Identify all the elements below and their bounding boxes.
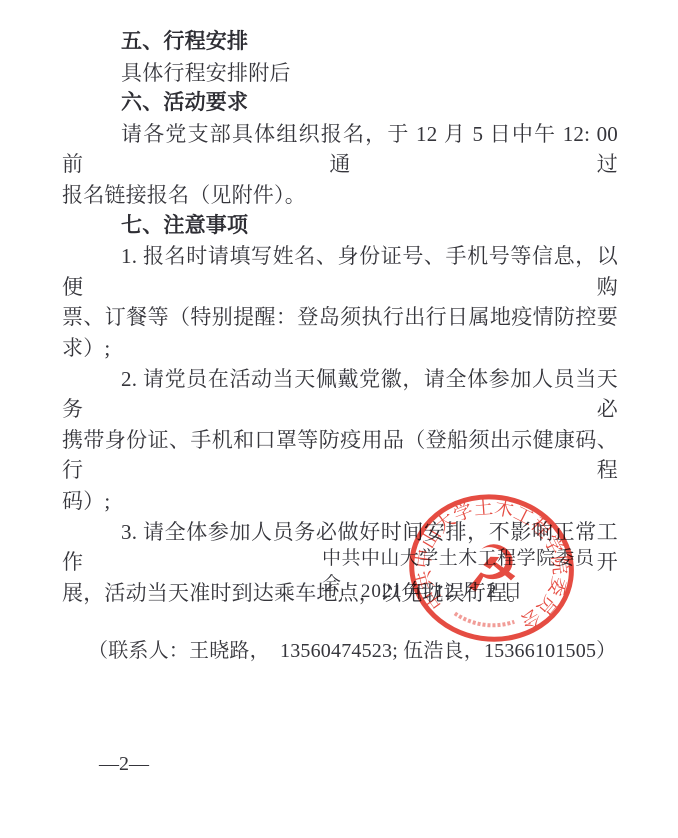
doc-line: 携带身份证、手机和口罩等防疫用品（登船须出示健康码、行程 (62, 425, 618, 486)
doc-line: 求）; (62, 333, 618, 364)
doc-line: 票、订餐等（特别提醒：登岛须执行出行日属地疫情防控要 (62, 302, 618, 333)
contact-line: （联系人：王晓路， 13560474523; 伍浩良，15366101505） (88, 637, 616, 665)
page-number: —2— (99, 751, 149, 777)
doc-line: 请各党支部具体组织报名，于 12 月 5 日中午 12: 00 前通过 (62, 119, 618, 180)
doc-line: 报名链接报名（见附件）。 (62, 180, 618, 211)
doc-line: 2. 请党员在活动当天佩戴党徽，请全体参加人员当天务必 (62, 364, 618, 425)
section-heading-7: 七、注意事项 (62, 211, 618, 242)
document-page: 五、行程安排 具体行程安排附后 六、活动要求 请各党支部具体组织报名，于 12 … (0, 0, 678, 838)
doc-line: 码）; (62, 486, 618, 517)
signature-date: 2021 年 12 月 2 日 (337, 579, 547, 605)
doc-line: 具体行程安排附后 (62, 58, 618, 89)
doc-line: 1. 报名时请填写姓名、身份证号、手机号等信息，以便购 (62, 241, 618, 302)
document-body: 五、行程安排 具体行程安排附后 六、活动要求 请各党支部具体组织报名，于 12 … (62, 27, 618, 608)
seal-bottom-smudge (454, 613, 514, 628)
section-heading-5: 五、行程安排 (62, 27, 618, 58)
section-heading-6: 六、活动要求 (62, 88, 618, 119)
